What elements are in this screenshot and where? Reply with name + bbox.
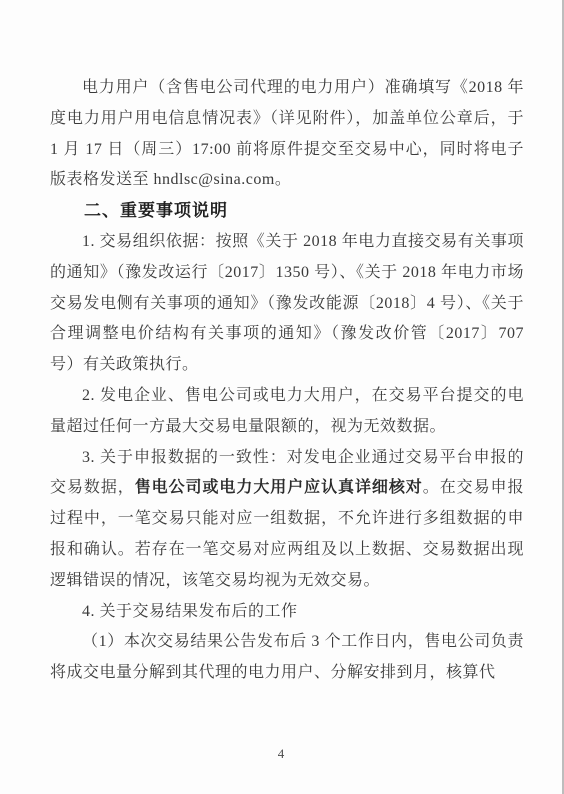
document-page: 电力用户（含售电公司代理的电力用户）准确填写《2018 年度电力用户用电信息情况…	[0, 0, 564, 794]
paragraph-item-4-title: 4. 关于交易结果发布后的工作	[50, 597, 524, 628]
item-3-bold-emphasis: 售电公司或电力大用户应认真详细核对	[135, 479, 423, 496]
page-number: 4	[0, 746, 562, 762]
paragraph-item-3-data-consistency: 3. 关于申报数据的一致性：对发电企业通过交易平台申报的交易数据，售电公司或电力…	[50, 443, 524, 597]
paragraph-power-user-filing: 电力用户（含售电公司代理的电力用户）准确填写《2018 年度电力用户用电信息情况…	[50, 73, 524, 196]
paragraph-item-4-sub-1: （1）本次交易结果公告发布后 3 个工作日内，售电公司负责将成交电量分解到其代理…	[50, 627, 524, 689]
paragraph-item-1-trade-basis: 1. 交易组织依据：按照《关于 2018 年电力直接交易有关事项的通知》（豫发改…	[50, 227, 524, 381]
document-body: 电力用户（含售电公司代理的电力用户）准确填写《2018 年度电力用户用电信息情况…	[50, 73, 524, 689]
paragraph-item-2-volume-limit: 2. 发电企业、售电公司或电力大用户，在交易平台提交的电量超过任何一方最大交易电…	[50, 381, 524, 443]
section-heading-important-notes: 二、重要事项说明	[50, 196, 524, 227]
